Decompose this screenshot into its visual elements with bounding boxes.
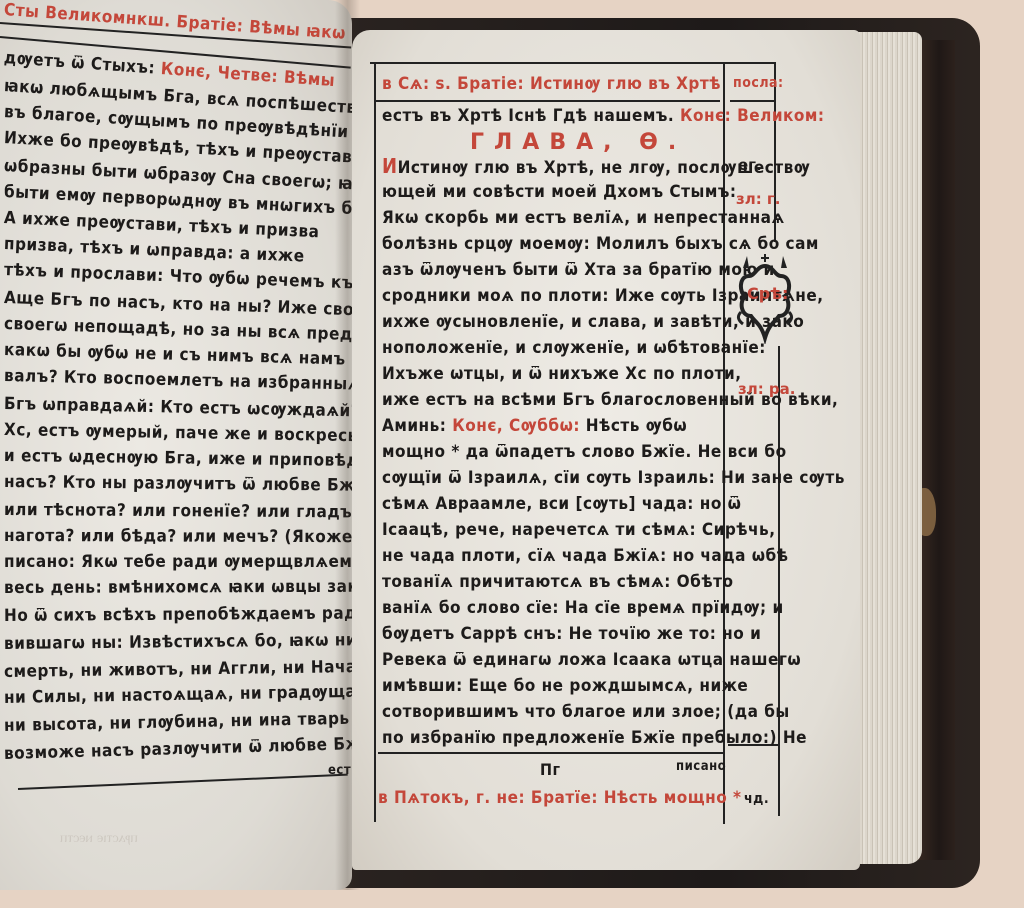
text-line: весь день: вмѣнихомсѧ ꙗки ѡвцы заколенїѧ… bbox=[4, 579, 352, 597]
text-line: азъ ѿлѹченъ быти ѿ Хта за братїю мою и bbox=[382, 262, 775, 279]
text-line: нагота? или бѣда? или мечъ? (Якоже естъ bbox=[4, 528, 352, 546]
margin-note: ег. bbox=[738, 156, 762, 174]
left-page: Сты Великомнкш. Братіе: Вѣмы ꙗкѡ дѹетъ ѿ… bbox=[0, 0, 352, 890]
text-line: ющей ми совѣсти моей Дхомъ Стымъ: bbox=[382, 184, 736, 201]
text-line: ни Силы, ни настоѧщаѧ, ни градѹщаѧ: bbox=[4, 684, 352, 707]
cartouche-label: Срѣ: bbox=[747, 284, 783, 303]
text-line: смерть, ни животъ, ни Аггли, ни Началы, bbox=[4, 659, 352, 681]
chapter-heading: ГЛАВА, Ѳ. bbox=[470, 130, 686, 155]
right-footer: в Пѧтокъ, г. не: Братїе: Нѣсть мощно * bbox=[378, 790, 742, 807]
text-line: ноположенїе, и слѹженїе, и ѡбѣтованїе: bbox=[382, 340, 766, 357]
text-line: и естъ ѡдеснѹю Бга, иже и приповѣдѹетъ bbox=[4, 448, 352, 471]
text-line: валъ? Кто воспоемлетъ на избранныѧ Бжїѧ bbox=[4, 368, 352, 395]
text-line: Но ѿ сихъ всѣхъ препобѣждаемъ ради возлю… bbox=[4, 604, 352, 625]
text-line: сѣмѧ Авраамле, вси [сѹть] чада: но ѿ bbox=[382, 496, 741, 513]
text-line: Ісаацѣ, рече, наречетсѧ ти сѣмѧ: Сирѣчь, bbox=[382, 522, 776, 539]
left-header: Сты Великомнкш. Братіе: Вѣмы ꙗкѡ bbox=[3, 2, 346, 43]
margin-note: зл: ра. bbox=[738, 380, 795, 398]
frame-top-rule bbox=[370, 62, 776, 64]
text-line: тованїѧ причитаютсѧ въ сѣмѧ: Обѣто bbox=[382, 574, 734, 591]
right-footer-margin: чд. bbox=[744, 792, 769, 806]
text-line: ванїѧ бо слово сїе: На сїе времѧ прїидѹ;… bbox=[382, 600, 784, 617]
text-line: насъ? Кто ны разлѹчитъ ѿ любве Бжїѧ? Ско… bbox=[4, 474, 352, 496]
text-line: естъ въ Хртѣ Існѣ Гдѣ нашемъ. Конє: Вели… bbox=[382, 108, 825, 125]
text-line: сотворившимъ что благое или злое; (да бы bbox=[382, 704, 790, 721]
text-bottom-rule bbox=[378, 752, 724, 754]
text-line: или тѣснота? или гоненїе? или гладъ? или bbox=[4, 502, 352, 522]
text-line: не чада плоти, сїѧ чада Бжїѧ: но чада ѡб… bbox=[382, 548, 788, 565]
header-underline bbox=[374, 100, 720, 102]
ornamental-cartouche: Срѣ: bbox=[735, 252, 795, 344]
text-line: Ревека ѿ единагѡ ложа Ісаака ѡтца нашегѡ bbox=[382, 652, 801, 669]
text-line: ни высота, ни глѹбина, ни ина тварь каѧ bbox=[4, 710, 352, 735]
book-photo: Сты Великомнкш. Братіе: Вѣмы ꙗкѡ дѹетъ ѿ… bbox=[0, 0, 1024, 908]
margin-header-underline bbox=[730, 100, 776, 102]
text-line: болѣзнь срцѹ моемѹ: Молилъ быхъ сѧ бо са… bbox=[382, 236, 819, 253]
text-line: имѣвши: Еще бо не рождшымсѧ, ниже bbox=[382, 678, 748, 695]
show-through-text: ⲡⲣⲁⲥⲧⲓⲉ ⲛⲉⲥⲧⲡ bbox=[60, 830, 138, 846]
right-catchword: писано bbox=[676, 760, 726, 773]
text-line: бѹдетъ Саррѣ снъ: Не точїю же то: но и bbox=[382, 626, 761, 643]
text-line: Ихъже ѡтцы, и ѿ нихъже Хс по плоти, bbox=[382, 366, 742, 383]
page-block-edge bbox=[850, 32, 922, 864]
text-line: возможе насъ разлѹчити ѿ любве Бжїѧ ꙗже bbox=[4, 734, 352, 763]
text-line: Хс, естъ ѹмерый, паче же и воскресый: bbox=[4, 422, 352, 446]
right-header: в Сѧ: ѕ. Братіе: Истинѹ глю въ Хртѣ bbox=[382, 76, 721, 93]
text-line: по избранїю предложенїе Бжїе пребыло:) Н… bbox=[382, 730, 807, 747]
text-line: Аминь: Конє, Сѹббѡ: Нѣсть ѹбѡ bbox=[382, 418, 687, 435]
page-number: Пг bbox=[540, 762, 561, 778]
text-line: писано: Якѡ тебе ради ѹмерщвлѧеми есмы bbox=[4, 554, 352, 571]
right-header-margin: посла: bbox=[733, 76, 784, 90]
text-line: вившагѡ ны: Извѣстихъсѧ бо, ꙗкѡ ни bbox=[4, 632, 352, 653]
text-line: сѹщїи ѿ Ізраилѧ, сїи сѹть Ізраиль: Ни за… bbox=[382, 470, 845, 487]
text-line: Якѡ скорбь ми естъ велїѧ, и непрестаннаѧ bbox=[382, 210, 785, 227]
margin-note: зл: г. bbox=[736, 190, 780, 208]
text-line: Бгъ ѡправдаѧй: Кто естъ ѡсѹждаѧй? bbox=[4, 396, 352, 420]
text-line: мощно * да ѿпадетъ слово Бжїе. Не вси бо bbox=[382, 444, 787, 461]
footer-rule bbox=[18, 774, 348, 790]
frame-left-rule bbox=[374, 62, 376, 822]
